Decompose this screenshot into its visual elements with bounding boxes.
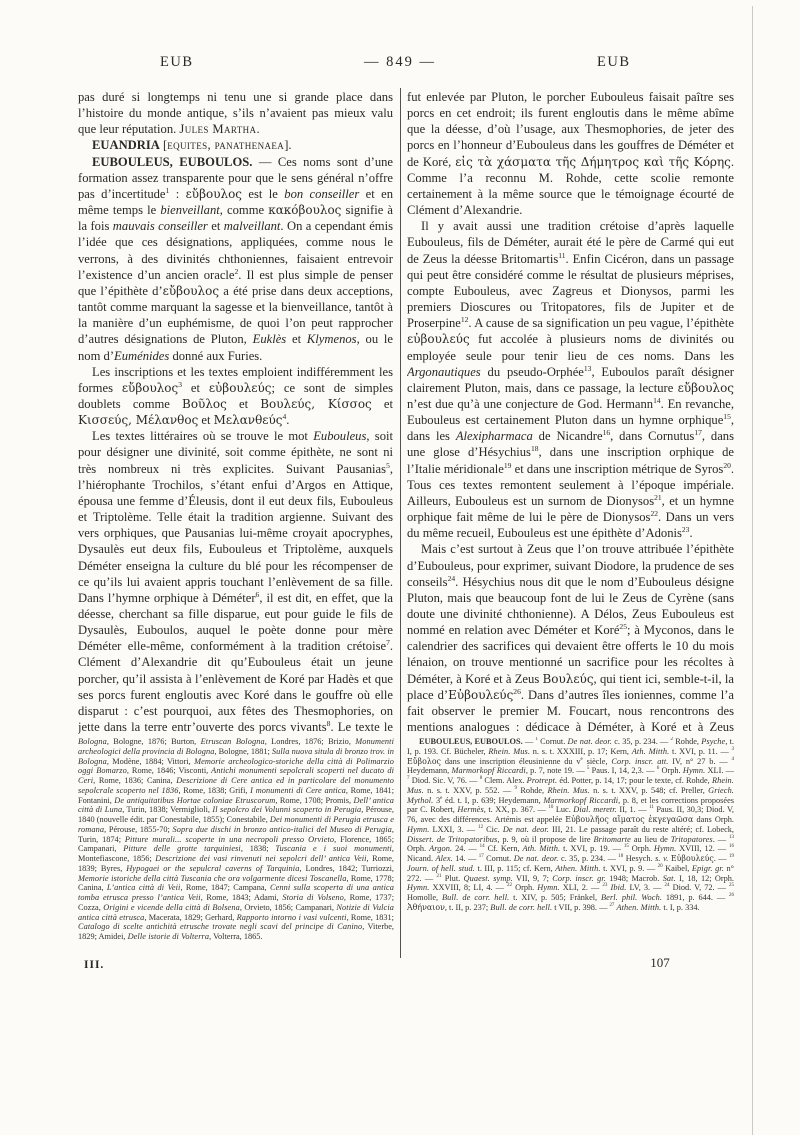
column-divider-rule	[400, 88, 401, 958]
entry-euandria: EUANDRIA [equites, panathenaea].	[78, 137, 393, 153]
paragraph-zeus-eubouleus: Mais c’est surtout à Zeus que l’on trouv…	[407, 541, 734, 735]
entry-eubouleus-intro: EUBOULEUS, EUBOULOS. — Ces noms sont d’u…	[78, 154, 393, 364]
signature-number: 107	[640, 955, 680, 971]
page-edge-line	[752, 6, 753, 1135]
paragraph-continuation: fut enlevée par Pluton, le porcher Eubou…	[407, 89, 734, 218]
running-head-right: EUB	[597, 54, 631, 71]
paragraph-inscriptions: Les inscriptions et les textes emploient…	[78, 364, 393, 429]
page-number: — 849 —	[0, 54, 800, 71]
footnotes-bibliography-left: Bologna, Bologne, 1876; Burton, Etruscan…	[78, 737, 394, 965]
paragraph-continuation: pas duré si longtemps ni tenu une si gra…	[78, 89, 393, 137]
text-column-left: pas duré si longtemps ni tenu une si gra…	[78, 89, 393, 735]
scanned-dictionary-page: — 849 — EUB EUB pas duré si longtemps ni…	[0, 0, 800, 1135]
text-column-right: fut enlevée par Pluton, le porcher Eubou…	[407, 89, 734, 735]
footnotes-eubouleus-right: EUBOULEUS, EUBOULOS. — 1 Cornut. De nat.…	[407, 737, 734, 965]
volume-numeral: III.	[84, 959, 104, 971]
paragraph-tradition-cretoise: Il y avait aussi une tradition crétoise …	[407, 218, 734, 541]
running-head-left: EUB	[160, 54, 194, 71]
paragraph-textes-litteraires: Les textes littéraires où se trouve le m…	[78, 428, 393, 735]
